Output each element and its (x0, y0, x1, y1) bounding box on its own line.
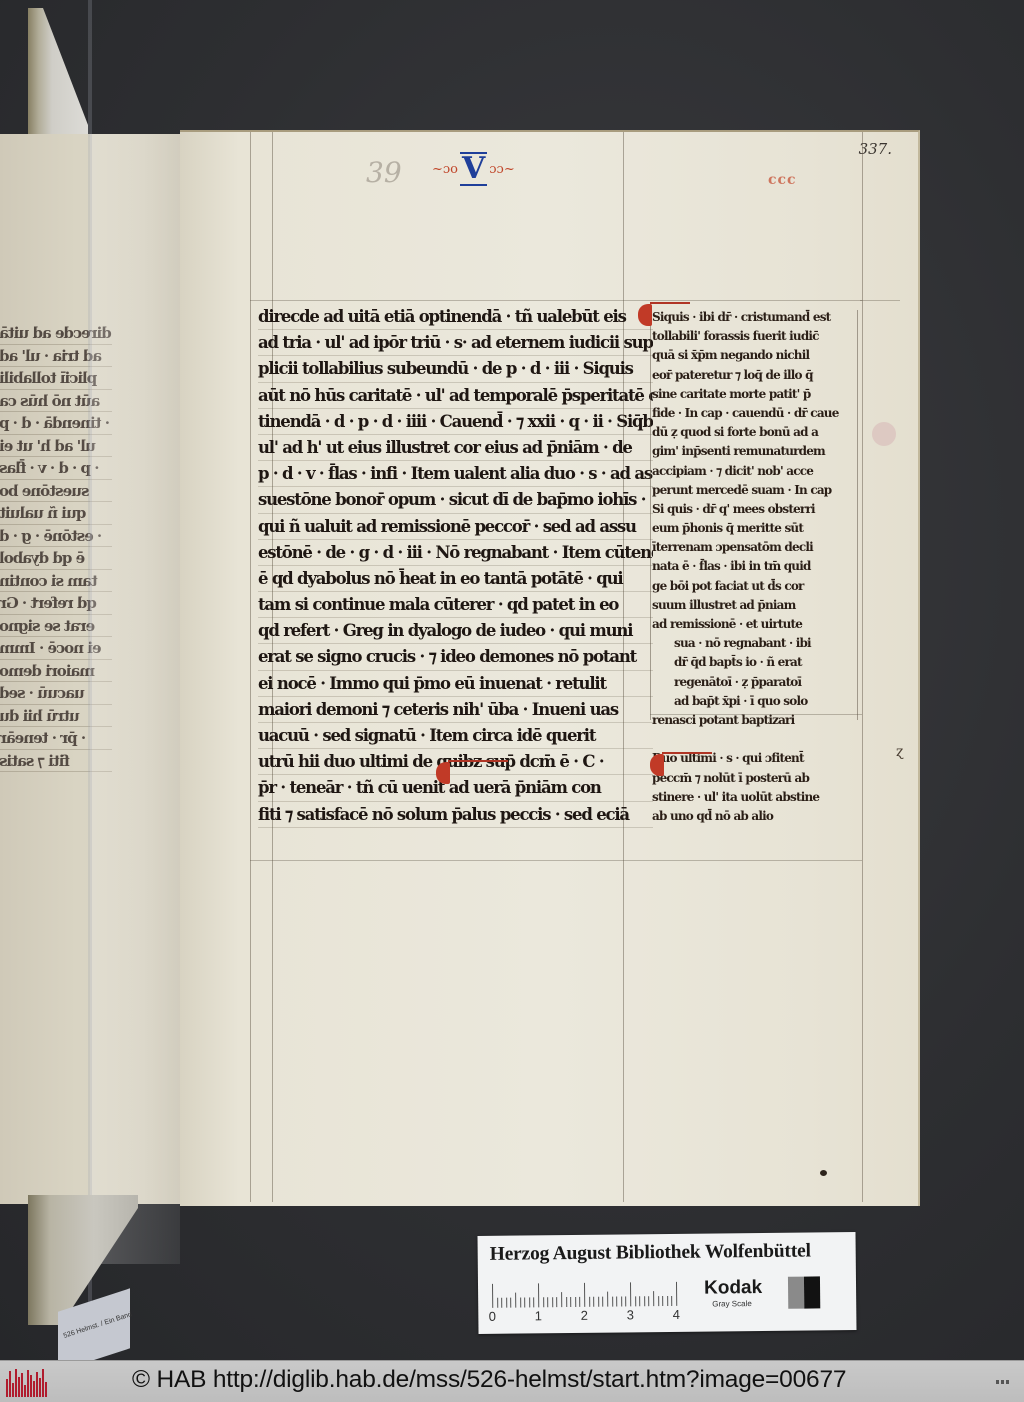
main-text-line: uacuū · sed signatū · Item circa idē que… (258, 723, 653, 749)
hab-logo-icon (6, 1369, 48, 1397)
ruler-tick (492, 1284, 493, 1308)
gloss-line: ab uno qd̄ nō ab alio (652, 807, 864, 826)
ruler-tick (561, 1292, 562, 1307)
old-folio-number: 39 (366, 156, 402, 189)
ruler-tick (639, 1296, 640, 1306)
gloss-line: peccm̄ ⁊ nolūt ī posterū ab (652, 769, 864, 788)
hab-label-card: Herzog August Bibliothek Wolfenbüttel 01… (477, 1232, 856, 1334)
ruler-tick (497, 1298, 498, 1308)
gloss-line: īterrenam ɔpensatōm decli (652, 538, 864, 557)
rubric-paraph (436, 762, 450, 784)
gloss-line: suum illustret ad p̄niam (652, 596, 864, 615)
flourish-right: ɔɔ~ (489, 162, 514, 177)
ruler-number: 3 (627, 1307, 634, 1322)
gloss-line: eum p̄honis q̄ meritte sūt (652, 519, 864, 538)
main-text-line: erat se signo crucis · ⁊ ideo demones nō… (258, 644, 653, 670)
main-text-line: direcde ad uitā etiā optinendā · tñ uale… (258, 304, 653, 330)
gloss-column: Siquis · ibi dr̄ · cristumand̄ esttollab… (652, 308, 864, 826)
ruler-tick (543, 1297, 544, 1307)
main-text-line: utrū hii duo ultimi de quibz sup̄ dcm̄ ē… (258, 749, 653, 775)
recto-page: 39 ~ɔo V ɔɔ~ ccc 337. direcde ad uitā et… (180, 130, 920, 1206)
pink-stain (872, 422, 896, 446)
gloss-line: perunt mercedē suam · In cap (652, 481, 864, 500)
footer-dots-icon (996, 1380, 1009, 1384)
flourish-left: ~ɔo (432, 162, 458, 177)
main-text-line: ul' ad h' ut eius illustret cor eius ad … (258, 435, 653, 461)
ruling-line (860, 300, 900, 301)
ink-spot (820, 1170, 827, 1176)
ruler-tick (506, 1298, 507, 1308)
ruler-tick (662, 1296, 663, 1306)
page-stack-edge (28, 8, 88, 138)
gray-patch-black (804, 1276, 820, 1308)
running-head: ~ɔo V ɔɔ~ (432, 152, 515, 186)
ruler-number: 2 (581, 1308, 588, 1323)
ruler-tick (566, 1297, 567, 1307)
ruler-tick (672, 1296, 673, 1306)
ruler-tick (626, 1296, 627, 1306)
main-text-line: ē qd dyabolus nō h̄eat in eo tantā potāt… (258, 566, 653, 592)
ruling-line (250, 132, 251, 1202)
main-text-line: tinendā · d · p · d · iiii · Cauend̄ · ⁊… (258, 409, 653, 435)
gloss-line: fide · In cap · cauendū · dr̄ caue (652, 404, 864, 423)
ruler-tick (511, 1298, 512, 1308)
ruler-tick (575, 1297, 576, 1307)
main-text-line: estōnē · de · g · d · iii · Nō regnabant… (258, 540, 653, 566)
gloss-line: dr̄ q̄d bapt̄s io · ñ erat (652, 653, 864, 672)
main-text-line: p · d · v · f̄las · infi · Item ualent a… (258, 461, 653, 487)
gloss-line: quā si x̄p̄m negando nichil (652, 346, 864, 365)
main-text-line: ei nocē · Immo qui p̄mo eū inuenat · ret… (258, 671, 653, 697)
ruler-tick (538, 1283, 539, 1307)
main-text-line: maiori demoni ⁊ ceteris nih' ūba · Inuen… (258, 697, 653, 723)
gloss-line: sua · nō regnabant · ibi (652, 634, 864, 653)
ruler-tick (630, 1282, 631, 1306)
ruling-line (250, 300, 862, 301)
gloss-line: tollabili' forassis fuerit iudic̄ (652, 327, 864, 346)
ruler-number: 0 (489, 1309, 496, 1324)
ruler-number: 1 (535, 1308, 542, 1323)
ruler-tick (593, 1297, 594, 1307)
gloss-line: renasci potant baptizari (652, 711, 864, 730)
main-text-line: aūt nō hūs caritatē · ul' ad temporalē p… (258, 383, 653, 409)
ruler-tick (649, 1296, 650, 1306)
main-text-line: suestōne bonor̄ opum · sicut dī de bap̄m… (258, 487, 653, 513)
ruler-tick (584, 1283, 585, 1307)
ruler-tick (607, 1292, 608, 1307)
ruler-tick (658, 1296, 659, 1306)
glass-plate (90, 134, 180, 1264)
ruler-tick (603, 1297, 604, 1307)
rubric-flourish (662, 752, 712, 754)
ruling-line (250, 860, 862, 861)
copyright-url[interactable]: © HAB http://diglib.hab.de/mss/526-helms… (132, 1366, 846, 1394)
decorated-initial: V (460, 152, 487, 186)
kodak-subtitle: Gray Scale (712, 1299, 752, 1308)
manuscript-viewer: direcde ad uitāad tria · ul' adpliciī to… (0, 0, 1024, 1360)
ruler-tick (589, 1297, 590, 1307)
folio-number: 337. (859, 140, 892, 158)
ruler-tick (534, 1297, 535, 1307)
main-text-line: fiti ⁊ satisfacē nō solum p̄alus peccis … (258, 802, 653, 828)
gray-patch-mid (788, 1277, 804, 1309)
main-text-line: tam si continue mala cūterer · qd patet … (258, 592, 653, 618)
rubric-flourish (448, 760, 508, 762)
library-name: Herzog August Bibliothek Wolfenbüttel (490, 1240, 811, 1265)
footer-bar: © HAB http://diglib.hab.de/mss/526-helms… (0, 1360, 1024, 1402)
ruler-tick (557, 1297, 558, 1307)
ruler-tick (667, 1296, 668, 1306)
gloss-line: ge bōi pot faciat ut d̄s cor (652, 577, 864, 596)
ruler-tick (529, 1297, 530, 1307)
ruler-tick (653, 1291, 654, 1306)
gloss-line: Siquis · ibi dr̄ · cristumand̄ est (652, 308, 864, 327)
ruler-tick (676, 1282, 677, 1306)
ruler-tick (635, 1296, 636, 1306)
ruler-tick (570, 1297, 571, 1307)
gloss-line: ad bap̄t x̄pi · ī quo solo (652, 692, 864, 711)
ruler-tick (644, 1296, 645, 1306)
kodak-brand: Kodak (704, 1277, 762, 1300)
main-text-line: qd refert · Greg in dyalogo de iudeo · q… (258, 618, 653, 644)
rubric-flourish (650, 302, 690, 304)
ruler-tick (621, 1296, 622, 1306)
running-head-rubric: ccc (768, 172, 797, 188)
main-text-line: plicii tollabilius subeundū · de p · d ·… (258, 356, 653, 382)
scale-ruler: 01234 (492, 1280, 682, 1322)
gloss-line: regenātoī · ẓ p̄paratoī (652, 673, 864, 692)
ruler-tick (515, 1293, 516, 1308)
gloss-line: gim' inp̄senti remunaturdem (652, 442, 864, 461)
main-text-column: direcde ad uitā etiā optinendā · tñ uale… (258, 304, 653, 828)
ruler-tick (580, 1297, 581, 1307)
glass-edge (88, 0, 92, 1360)
ruler-tick (552, 1297, 553, 1307)
ruler-number: 4 (673, 1307, 680, 1322)
gloss-line: accipiam · ⁊ dicit' nob' acce (652, 462, 864, 481)
gloss-line: nata ē · f̄las · ibi in tm̄ quid (652, 557, 864, 576)
main-text-line: p̄r · teneār · tñ cū uenit ad uerā p̄niā… (258, 775, 653, 801)
ruler-tick (616, 1297, 617, 1307)
gloss-line: sine caritate morte patit' p̄ (652, 385, 864, 404)
main-text-line: ad tria · ul' ad ipōr triū · s· ad etern… (258, 330, 653, 356)
gray-scale-patch (788, 1276, 820, 1308)
ruler-tick (598, 1297, 599, 1307)
gloss-line: eor̄ pateretur ⁊ loq̄ de illo q̄ (652, 366, 864, 385)
ruler-tick (524, 1297, 525, 1307)
ruler-tick (547, 1297, 548, 1307)
gloss-line: ad remissionē · et uirtute (652, 615, 864, 634)
gloss-line: Si quis · dr̄ q' mees obsterri (652, 500, 864, 519)
main-text-line: qui ñ ualuit ad remissionē peccor̄ · sed… (258, 514, 653, 540)
rubric-paraph (650, 754, 664, 776)
rubric-paraph (638, 304, 652, 326)
ruler-tick (612, 1297, 613, 1307)
ruler-tick (520, 1298, 521, 1308)
margin-mark: ɀ (896, 744, 903, 760)
ruler-tick (501, 1298, 502, 1308)
gloss-line (652, 730, 864, 749)
gloss-line: dū ẓ quod si forte bonū ad a (652, 423, 864, 442)
gloss-line: stinere · ul' ita uolūt abstine (652, 788, 864, 807)
